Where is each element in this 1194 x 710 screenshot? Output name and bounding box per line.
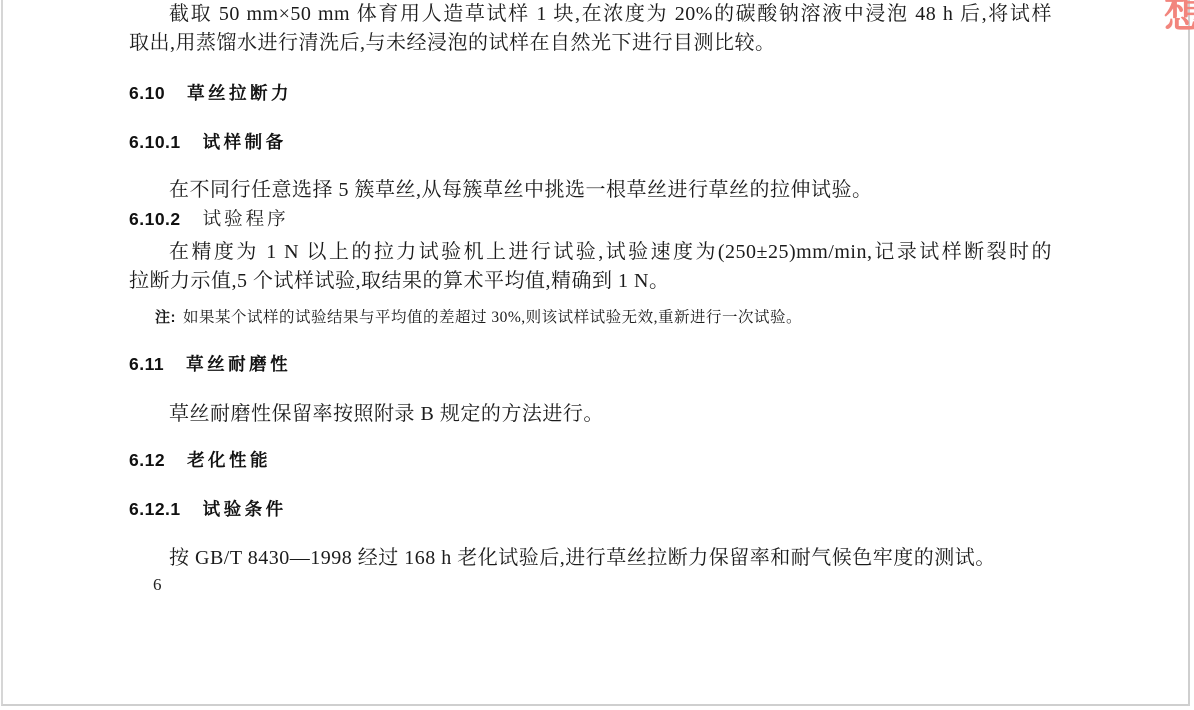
note: 注:如果某个试样的试验结果与平均值的差超过 30%,则该试样试验无效,重新进行一… [129, 308, 1052, 328]
note-text: 如果某个试样的试验结果与平均值的差超过 30%,则该试样试验无效,重新进行一次试… [183, 309, 802, 326]
heading-title: 草丝拉断力 [187, 83, 292, 103]
paragraph-wear-resistance: 草丝耐磨性保留率按照附录 B 规定的方法进行。 [129, 400, 1052, 429]
page-number: 6 [153, 575, 162, 595]
section-heading-6-10-1: 6.10.1试样制备 [129, 132, 287, 152]
heading-number: 6.10.1 [129, 132, 181, 152]
heading-number: 6.10 [129, 83, 165, 103]
heading-title: 老化性能 [187, 450, 271, 470]
paragraph-line: 在不同行任意选择 5 簇草丝,从每簇草丝中挑选一根草丝进行草丝的拉伸试验。 [129, 176, 1052, 205]
paragraph-sample-preparation: 在不同行任意选择 5 簇草丝,从每簇草丝中挑选一根草丝进行草丝的拉伸试验。 [129, 176, 1052, 205]
heading-number: 6.12.1 [129, 499, 181, 519]
heading-title: 试样制备 [203, 132, 287, 152]
paragraph-line: 草丝耐磨性保留率按照附录 B 规定的方法进行。 [129, 400, 1052, 429]
paragraph-line: 取出,用蒸馏水进行清洗后,与未经浸泡的试样在自然光下进行目测比较。 [129, 29, 1052, 58]
section-heading-6-12-1: 6.12.1试验条件 [129, 499, 287, 519]
paragraph-test-procedure: 在精度为 1 N 以上的拉力试验机上进行试验,试验速度为(250±25)mm/m… [129, 238, 1052, 296]
paragraph-intro: 截取 50 mm×50 mm 体育用人造草试样 1 块,在浓度为 20%的碳酸钠… [129, 0, 1052, 58]
heading-title: 草丝耐磨性 [186, 354, 291, 374]
heading-title: 试验条件 [203, 499, 287, 519]
document-page: 截取 50 mm×50 mm 体育用人造草试样 1 块,在浓度为 20%的碳酸钠… [1, 0, 1190, 706]
note-label: 注: [155, 309, 176, 326]
paragraph-line: 在精度为 1 N 以上的拉力试验机上进行试验,试验速度为(250±25)mm/m… [129, 238, 1052, 267]
heading-number: 6.12 [129, 450, 165, 470]
paragraph-aging-test: 按 GB/T 8430—1998 经过 168 h 老化试验后,进行草丝拉断力保… [129, 544, 1052, 573]
section-heading-6-10: 6.10草丝拉断力 [129, 83, 292, 103]
paragraph-line: 截取 50 mm×50 mm 体育用人造草试样 1 块,在浓度为 20%的碳酸钠… [129, 0, 1052, 29]
paragraph-line: 按 GB/T 8430—1998 经过 168 h 老化试验后,进行草丝拉断力保… [129, 544, 1052, 573]
section-heading-6-12: 6.12老化性能 [129, 450, 271, 470]
paragraph-line: 拉断力示值,5 个试样试验,取结果的算术平均值,精确到 1 N。 [129, 267, 1052, 296]
section-heading-6-11: 6.11草丝耐磨性 [129, 354, 291, 374]
section-heading-6-10-2: 6.10.2试验程序 [129, 209, 289, 230]
red-watermark-stamp: 想 [1164, 0, 1194, 34]
heading-number: 6.11 [129, 354, 164, 374]
content-area: 截取 50 mm×50 mm 体育用人造草试样 1 块,在浓度为 20%的碳酸钠… [129, 0, 1052, 708]
heading-title: 试验程序 [203, 210, 289, 230]
heading-number: 6.10.2 [129, 209, 181, 229]
